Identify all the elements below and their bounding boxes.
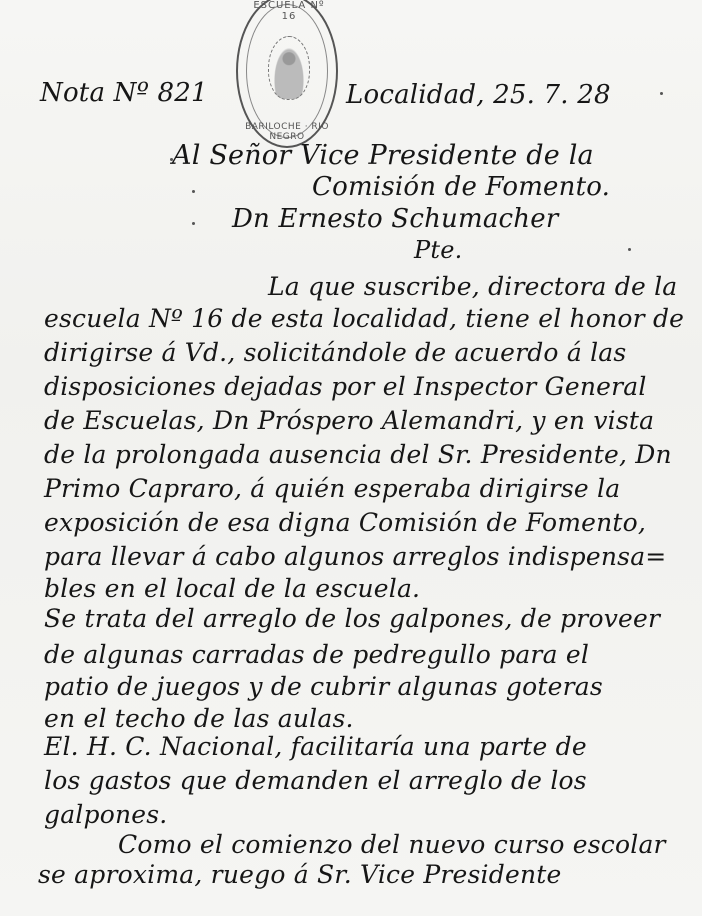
body-line-6: de la prolongada ausencia del Sr. Presid… bbox=[44, 440, 672, 469]
body-line-16: los gastos que demanden el arreglo de lo… bbox=[44, 766, 587, 795]
ink-speck bbox=[628, 248, 631, 251]
addressee-line-3: Dn Ernesto Schumacher bbox=[232, 204, 558, 234]
stamp-bottom-text: BARILOCHE · RIO NEGRO bbox=[244, 122, 330, 142]
addressee-line-4: Pte. bbox=[414, 236, 462, 264]
body-line-9: para llevar á cabo algunos arreglos indi… bbox=[44, 542, 666, 571]
body-line-10: bles en el local de la escuela. bbox=[44, 574, 420, 603]
ink-speck bbox=[660, 92, 663, 95]
body-line-7: Primo Capraro, á quién esperaba dirigirs… bbox=[44, 474, 620, 503]
body-line-14: en el techo de las aulas. bbox=[44, 704, 354, 733]
letter-page: ESCUELA Nº 16 BARILOCHE · RIO NEGRO Nota… bbox=[0, 0, 702, 916]
school-stamp: ESCUELA Nº 16 BARILOCHE · RIO NEGRO bbox=[236, 0, 338, 148]
body-line-2: escuela Nº 16 de esta localidad, tiene e… bbox=[44, 304, 684, 333]
body-line-4: disposiciones dejadas por el Inspector G… bbox=[44, 372, 647, 401]
body-line-1: La que suscribe, directora de la bbox=[268, 272, 677, 301]
argentine-coat-of-arms-icon bbox=[268, 36, 310, 100]
ink-speck bbox=[192, 190, 195, 193]
ink-speck bbox=[192, 222, 195, 225]
note-number: Nota Nº 821 bbox=[40, 78, 208, 108]
addressee-line-2: Comisión de Fomento. bbox=[312, 172, 610, 202]
body-line-19: se aproxima, ruego á Sr. Vice Presidente bbox=[38, 860, 562, 889]
body-line-5: de Escuelas, Dn Próspero Alemandri, y en… bbox=[44, 406, 654, 435]
stamp-top-text: ESCUELA Nº 16 bbox=[252, 0, 326, 22]
addressee-line-1: Al Señor Vice Presidente de la bbox=[172, 140, 594, 171]
body-line-11: Se trata del arreglo de los galpones, de… bbox=[44, 604, 660, 633]
body-line-12: de algunas carradas de pedregullo para e… bbox=[44, 640, 589, 669]
body-line-17: galpones. bbox=[44, 800, 167, 829]
body-line-8: exposición de esa digna Comisión de Fome… bbox=[44, 508, 646, 537]
body-line-15: El. H. C. Nacional, facilitaría una part… bbox=[44, 732, 587, 761]
ink-speck bbox=[170, 158, 173, 161]
body-line-13: patio de juegos y de cubrir algunas gote… bbox=[44, 672, 603, 701]
place-date: Localidad, 25. 7. 28 bbox=[346, 80, 611, 110]
body-line-3: dirigirse á Vd., solicitándole de acuerd… bbox=[44, 338, 626, 367]
body-line-18: Como el comienzo del nuevo curso escolar bbox=[118, 830, 666, 859]
